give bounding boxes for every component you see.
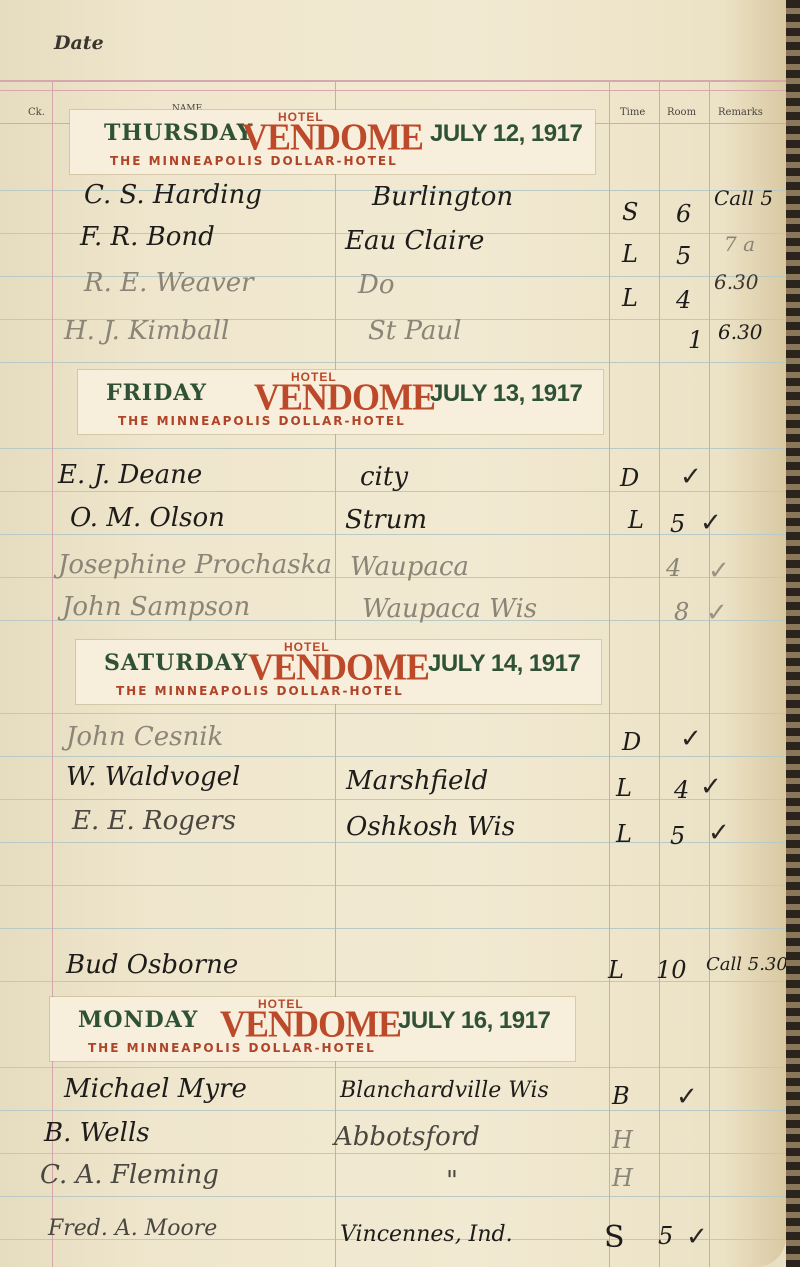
guest-remarks: 6.30 [714, 270, 759, 294]
guest-time: L [628, 506, 644, 534]
column-rule-ck [52, 82, 53, 1267]
column-header-room: Room [667, 107, 696, 118]
checkmark-icon: ✓ [680, 724, 702, 754]
guest-residence: Vincennes, Ind. [340, 1222, 513, 1247]
column-header-remarks: Remarks [718, 107, 763, 118]
date-label: Date [54, 32, 104, 54]
guest-room: 1 [688, 326, 703, 354]
checkmark-icon: ✓ [680, 462, 702, 492]
guest-name: C. S. Harding [84, 180, 262, 210]
guest-time: D [620, 464, 639, 492]
banner-brand: VENDOME [242, 115, 423, 159]
guest-room: 6 [676, 200, 691, 228]
column-rule-time [609, 82, 610, 1267]
guest-time: B [612, 1082, 630, 1110]
guest-name: Michael Myre [64, 1074, 247, 1104]
guest-residence: Do [358, 270, 395, 300]
guest-residence: Eau Claire [345, 226, 484, 256]
banner-tagline: THE MINNEAPOLIS DOLLAR-HOTEL [116, 684, 404, 698]
guest-time: L [616, 820, 632, 848]
guest-residence: Strum [345, 505, 427, 535]
checkmark-icon: ✓ [706, 598, 728, 628]
banner-day: SATURDAY [104, 650, 248, 676]
header-rule-2 [0, 90, 786, 91]
guest-room: 5 [676, 242, 691, 270]
guest-residence: " [446, 1166, 458, 1196]
guest-residence: Marshfield [346, 766, 488, 796]
guest-name: O. M. Olson [70, 503, 225, 533]
guest-name: E. E. Rogers [72, 806, 236, 836]
checkmark-icon: ✓ [676, 1082, 698, 1112]
column-header-ck: Ck. [28, 107, 45, 118]
ruled-line [0, 1067, 786, 1068]
guest-room: 8 [674, 598, 689, 626]
guest-room: 5 [670, 510, 685, 538]
guest-residence: St Paul [368, 316, 461, 346]
checkmark-icon: ✓ [700, 508, 722, 538]
banner-date: JULY 14, 1917 [428, 650, 580, 678]
guest-time: S [622, 198, 638, 226]
ruled-line [0, 448, 786, 449]
guest-room: 5 [658, 1222, 673, 1250]
guest-room: 4 [666, 554, 681, 582]
ruled-line [0, 756, 786, 757]
banner-date: JULY 13, 1917 [430, 380, 582, 408]
guest-name: F. R. Bond [80, 222, 215, 252]
guest-name: Fred. A. Moore [48, 1216, 217, 1241]
guest-time: L [616, 774, 632, 802]
banner-tagline: THE MINNEAPOLIS DOLLAR-HOTEL [110, 154, 398, 168]
date-banner-thursday: THURSDAY HOTEL VENDOME JULY 12, 1917 THE… [70, 110, 595, 174]
guest-time: H [612, 1126, 633, 1154]
guest-name: Josephine Prochaska [58, 550, 332, 580]
guest-residence: Waupaca Wis [362, 594, 537, 624]
ruled-line [0, 713, 786, 714]
banner-tagline: THE MINNEAPOLIS DOLLAR-HOTEL [118, 414, 406, 428]
guest-room: 5 [670, 822, 685, 850]
banner-date: JULY 16, 1917 [398, 1007, 550, 1035]
checkmark-icon: ✓ [708, 556, 730, 586]
guest-remarks: 6.30 [718, 320, 763, 344]
ruled-line [0, 799, 786, 800]
guest-remarks: Call 5 [714, 186, 773, 210]
banner-tagline: THE MINNEAPOLIS DOLLAR-HOTEL [88, 1041, 376, 1055]
ruled-line [0, 1110, 786, 1111]
header-rule-top [0, 80, 786, 82]
guest-room: 4 [674, 776, 689, 804]
banner-brand: VENDOME [254, 375, 435, 419]
banner-day: MONDAY [78, 1007, 198, 1033]
banner-date: JULY 12, 1917 [430, 120, 582, 148]
guest-residence: Blanchardville Wis [340, 1078, 549, 1103]
ledger-binding-edge [786, 0, 800, 1267]
checkmark-icon: ✓ [686, 1222, 708, 1252]
guest-name: C. A. Fleming [40, 1160, 219, 1190]
checkmark-icon: ✓ [708, 818, 730, 848]
guest-residence: Abbotsford [334, 1122, 480, 1152]
banner-brand: VENDOME [248, 645, 429, 689]
guest-name: W. Waldvogel [66, 762, 240, 792]
guest-time: L [608, 956, 624, 984]
guest-name: B. Wells [44, 1118, 150, 1148]
ruled-line [0, 362, 786, 363]
guest-remarks: Call 5.30 [706, 954, 786, 975]
guest-name: Bud Osborne [66, 950, 238, 980]
guest-time: S [604, 1220, 625, 1255]
column-rule-remarks [709, 82, 710, 1267]
banner-day: FRIDAY [106, 380, 207, 406]
date-banner-friday: FRIDAY HOTEL VENDOME JULY 13, 1917 THE M… [78, 370, 603, 434]
guest-time: H [612, 1164, 633, 1192]
ruled-line [0, 1196, 786, 1197]
date-banner-monday: MONDAY HOTEL VENDOME JULY 16, 1917 THE M… [50, 997, 575, 1061]
guest-time: L [622, 284, 638, 312]
checkmark-icon: ✓ [700, 772, 722, 802]
guest-name: E. J. Deane [58, 460, 202, 490]
guest-residence: Burlington [372, 182, 513, 212]
column-header-time: Time [620, 107, 645, 118]
guest-name: John Cesnik [66, 722, 223, 752]
guest-room: 10 [656, 956, 687, 984]
guest-residence: city [360, 462, 408, 492]
guest-name: John Sampson [62, 592, 250, 622]
register-page: Date Ck. NAME Time Room Remarks THURSDAY… [0, 0, 786, 1267]
guest-residence: Oshkosh Wis [346, 812, 515, 842]
ruled-line [0, 928, 786, 929]
guest-room: 4 [676, 286, 691, 314]
guest-remarks: 7 a [724, 232, 755, 256]
banner-brand: VENDOME [220, 1002, 401, 1046]
ruled-line [0, 885, 786, 886]
date-banner-saturday: SATURDAY HOTEL VENDOME JULY 14, 1917 THE… [76, 640, 601, 704]
ruled-line [0, 1153, 786, 1154]
column-rule-room [659, 82, 660, 1267]
ruled-line [0, 842, 786, 843]
guest-time: D [622, 728, 641, 756]
guest-residence: Waupaca [350, 552, 469, 582]
guest-time: L [622, 240, 638, 268]
banner-day: THURSDAY [104, 120, 253, 146]
guest-name: H. J. Kimball [64, 316, 229, 346]
guest-name: R. E. Weaver [84, 268, 254, 298]
